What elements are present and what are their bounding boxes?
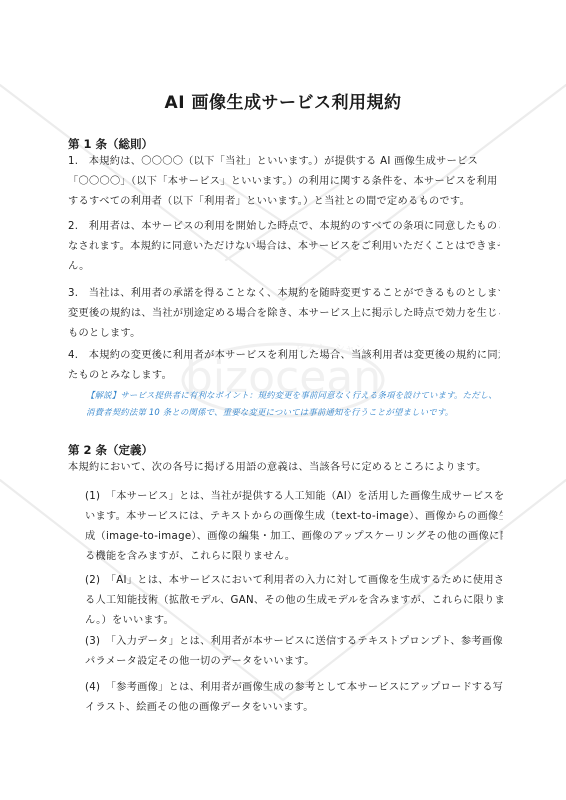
article-2-heading: 第 2 条（定義）	[68, 442, 153, 458]
article-1-commentary-note: 【解説】サービス提供者に有利なポイント：規約変更を事前同意なく行える条項を設けて…	[86, 387, 506, 421]
article-1-paragraph-3: 3. 当社は、利用者の承諾を得ることなく、本規約を随時変更することができるものと…	[68, 284, 500, 344]
article-1-paragraph-4: 4. 本規約の変更後に利用者が本サービスを利用した場合、当該利用者は変更後の規約…	[68, 346, 500, 386]
definition-item-1: (1) 「本サービス」とは、当社が提供する人工知能（AI）を活用した画像生成サー…	[85, 487, 503, 567]
document-page: AI 画像生成サービス利用規約 第 1 条（総則） 1. 本規約は、〇〇〇〇（以…	[0, 0, 566, 800]
article-1-paragraph-2: 2. 利用者は、本サービスの利用を開始した時点で、本規約のすべての条項に同意した…	[68, 217, 500, 277]
article-1-paragraph-1: 1. 本規約は、〇〇〇〇（以下「当社」といいます。）が提供する AI 画像生成サ…	[68, 152, 500, 212]
article-2-intro: 本規約において、次の各号に掲げる用語の意義は、当該各号に定めるところによります。	[68, 458, 500, 478]
definition-item-2: (2) 「AI」とは、本サービスにおいて利用者の入力に対して画像を生成するために…	[85, 571, 503, 631]
article-1-heading: 第 1 条（総則）	[68, 136, 153, 152]
document-title: AI 画像生成サービス利用規約	[0, 88, 566, 113]
definition-item-3: (3) 「入力データ」とは、利用者が本サービスに送信するテキストプロンプト、参考…	[85, 632, 503, 672]
definition-item-4: (4) 「参考画像」とは、利用者が画像生成の参考として本サービスにアップロードす…	[85, 678, 503, 718]
